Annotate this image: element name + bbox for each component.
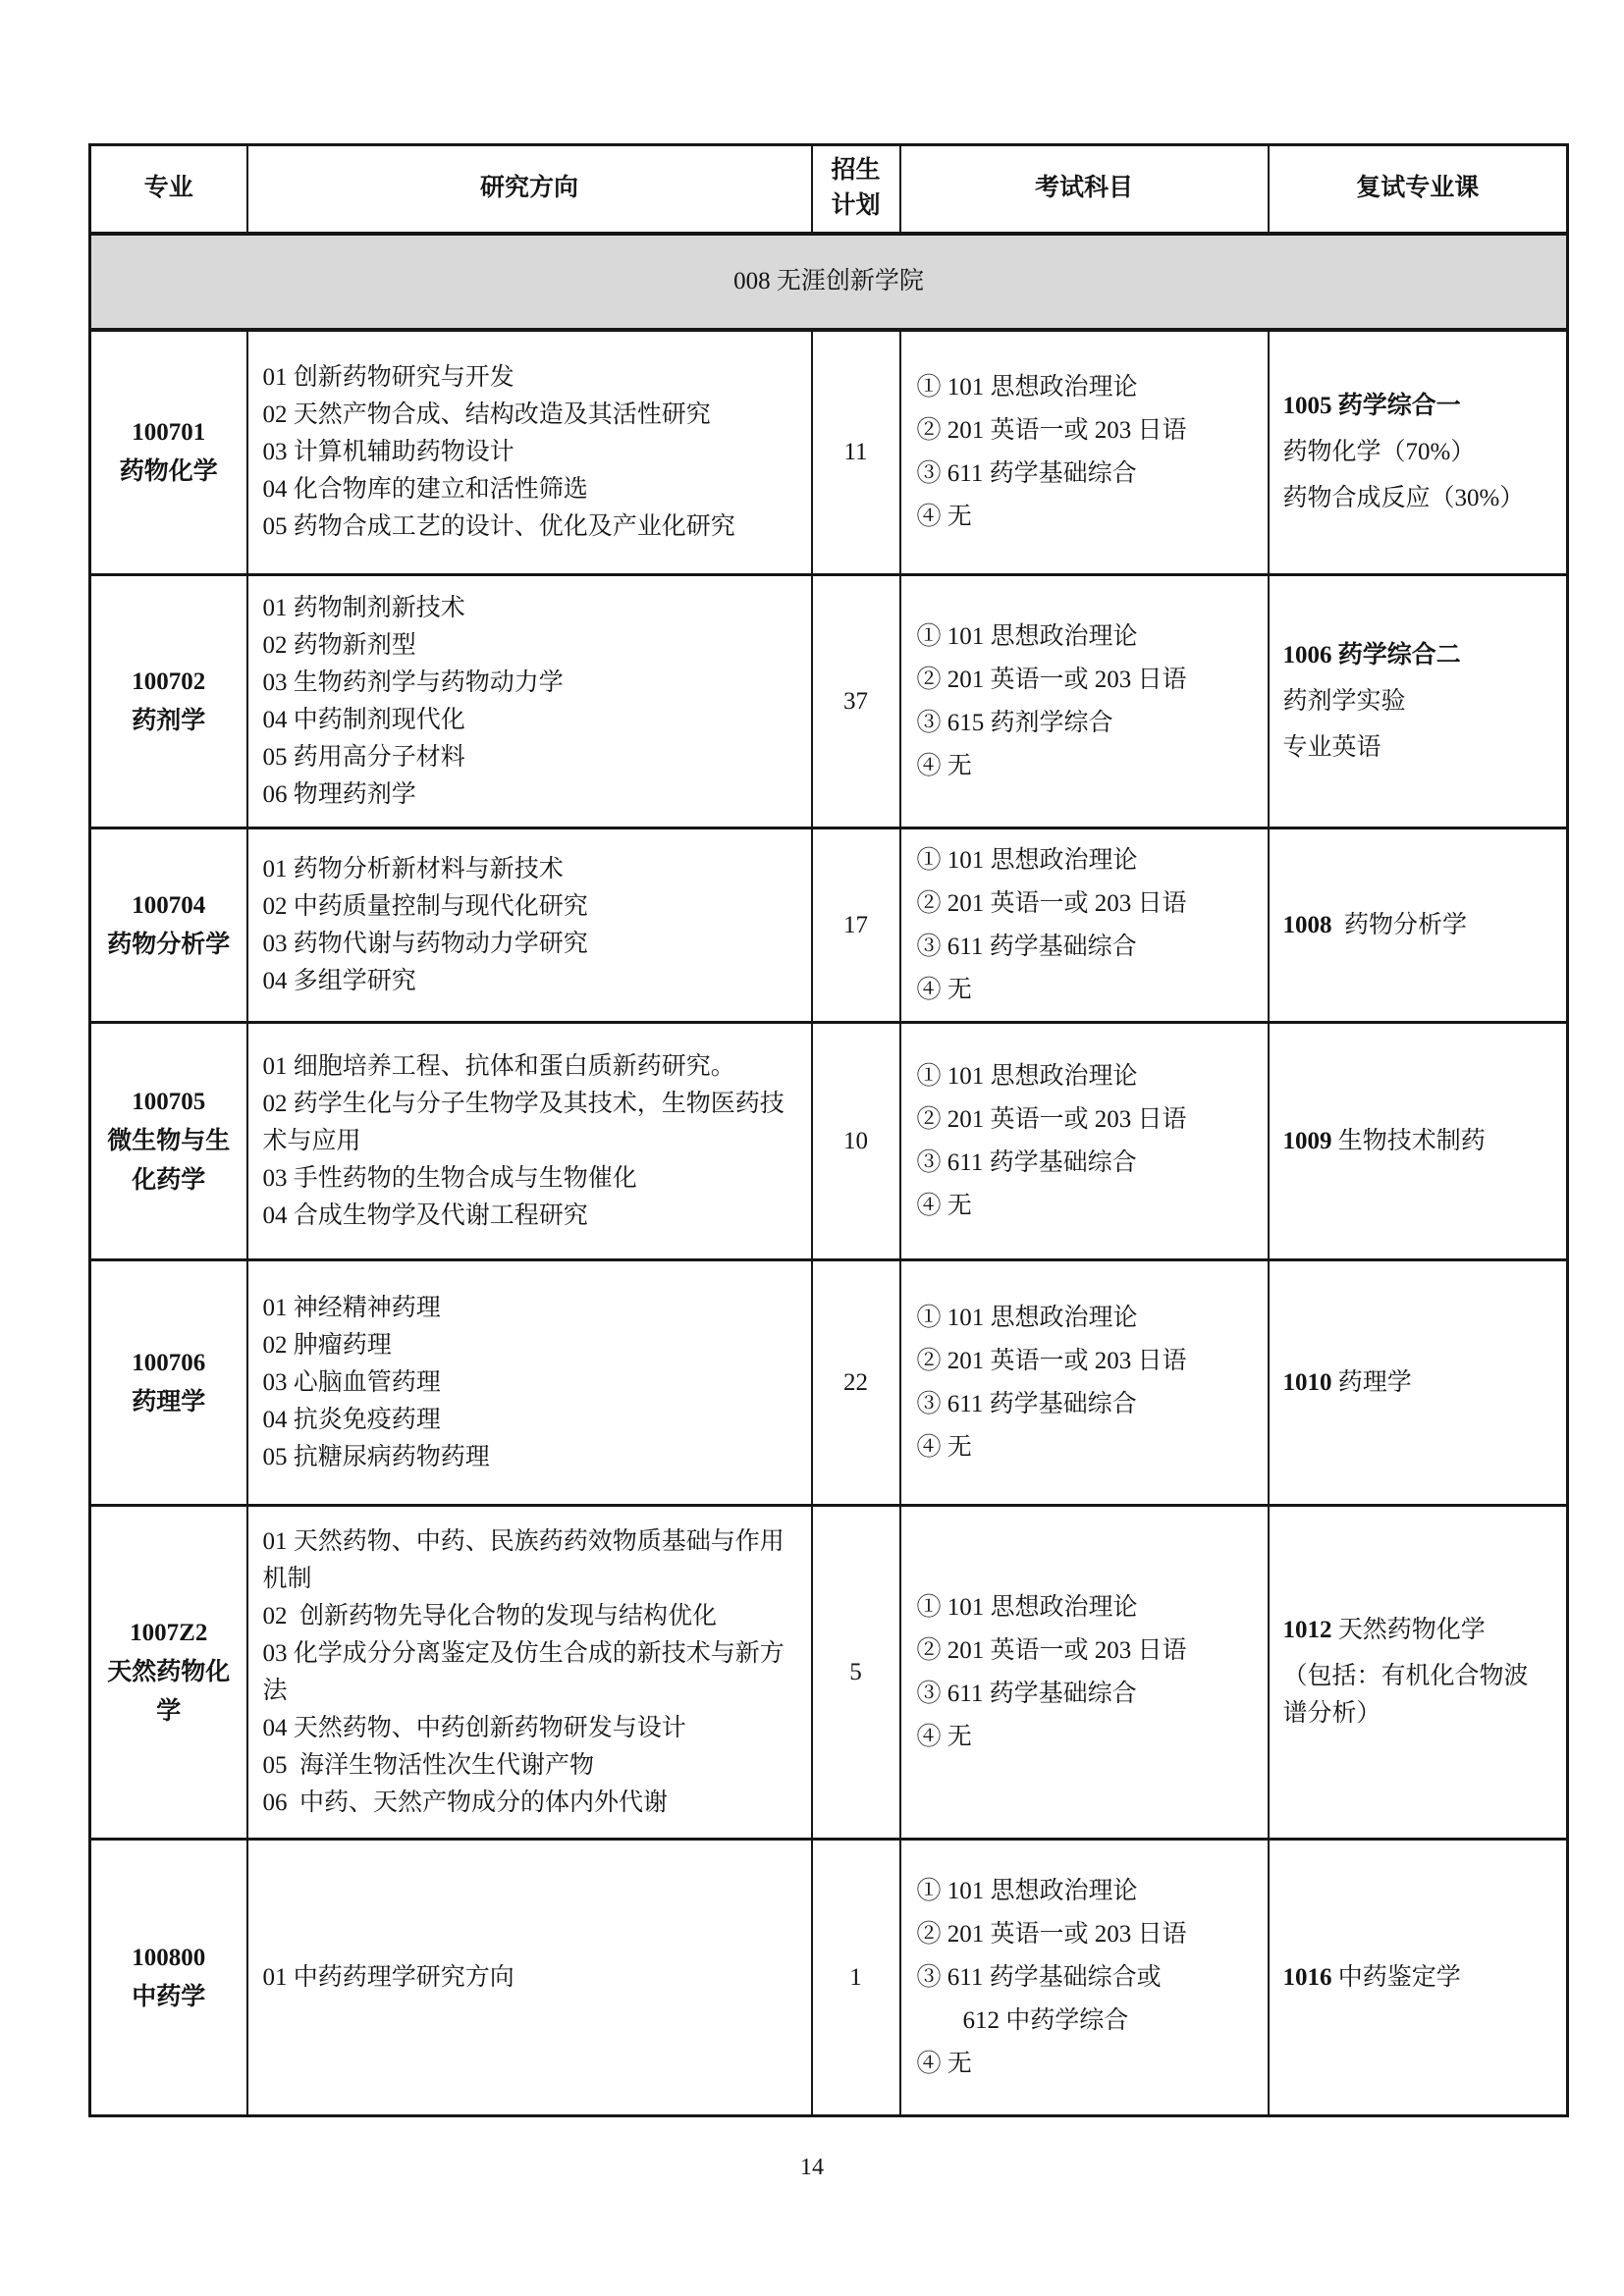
exam-subject-item: ① 101 思想政治理论 bbox=[917, 366, 1252, 409]
table-row: 100705微生物与生化药学01 细胞培养工程、抗体和蛋白质新药研究。02 药学… bbox=[90, 1023, 1568, 1260]
exam-subject-item: ① 101 思想政治理论 bbox=[917, 839, 1252, 882]
exam-subject-item: ④ 无 bbox=[917, 1716, 1252, 1759]
direction-item: 04 多组学研究 bbox=[263, 963, 796, 1000]
retest-cell: 1005 药学综合一药物化学（70%）药物合成反应（30%） bbox=[1269, 330, 1568, 575]
quota-cell: 5 bbox=[812, 1506, 900, 1840]
direction-item: 05 海洋生物活性次生代谢产物 bbox=[263, 1747, 796, 1785]
retest-course-text: （包括：有机化合物波谱分析） bbox=[1283, 1663, 1529, 1727]
retest-cell: 1008 药物分析学 bbox=[1269, 828, 1568, 1023]
direction-item: 04 中药制剂现代化 bbox=[263, 702, 796, 739]
table-row: 100706药理学01 神经精神药理02 肿瘤药理03 心脑血管药理04 抗炎免… bbox=[90, 1260, 1568, 1506]
direction-item: 02 创新药物先导化合物的发现与结构优化 bbox=[263, 1598, 796, 1635]
col-header-retest-course: 复试专业课 bbox=[1269, 145, 1568, 234]
exam-subject-item: ① 101 思想政治理论 bbox=[917, 1055, 1252, 1098]
retest-cell: 1012 天然药物化学（包括：有机化合物波谱分析） bbox=[1269, 1506, 1568, 1840]
retest-cell: 1016 中药鉴定学 bbox=[1269, 1840, 1568, 2116]
exam-subject-item: ④ 无 bbox=[917, 969, 1252, 1012]
quota-cell: 17 bbox=[812, 828, 900, 1023]
exam-subject-item: ③ 611 药学基础综合 bbox=[917, 926, 1252, 969]
exam-subject-item: ③ 611 药学基础综合 bbox=[917, 1383, 1252, 1426]
retest-course-code: 1008 bbox=[1283, 912, 1332, 938]
retest-line: 1005 药学综合一 bbox=[1283, 388, 1553, 425]
directions-cell: 01 中药药理学研究方向 bbox=[247, 1840, 812, 2116]
major-code: 100704 bbox=[104, 886, 234, 926]
direction-item: 02 药物新剂型 bbox=[263, 627, 796, 665]
major-code: 100800 bbox=[104, 1939, 234, 1978]
quota-cell: 22 bbox=[812, 1260, 900, 1506]
major-name: 中药学 bbox=[104, 1978, 234, 2017]
directions-cell: 01 创新药物研究与开发02 天然产物合成、结构改造及其活性研究03 计算机辅助… bbox=[247, 330, 812, 575]
retest-line: 1010 药理学 bbox=[1283, 1364, 1553, 1402]
direction-item: 05 药用高分子材料 bbox=[263, 739, 796, 776]
direction-item: 06 中药、天然产物成分的体内外代谢 bbox=[263, 1785, 796, 1822]
exam-subject-item: ② 201 英语一或 203 日语 bbox=[917, 1913, 1252, 1956]
exam-subject-item: ① 101 思想政治理论 bbox=[917, 1586, 1252, 1629]
major-code: 100706 bbox=[104, 1344, 234, 1383]
admissions-table: 专业 研究方向 招生计划 考试科目 复试专业课 008 无涯创新学院 10070… bbox=[88, 143, 1569, 2117]
retest-line: 1009 生物技术制药 bbox=[1283, 1123, 1553, 1160]
major-cell: 100800中药学 bbox=[90, 1840, 247, 2116]
direction-item: 01 神经精神药理 bbox=[263, 1290, 796, 1327]
exam-subject-item: ③ 615 药剂学综合 bbox=[917, 702, 1252, 745]
direction-item: 03 药物代谢与药物动力学研究 bbox=[263, 926, 796, 963]
table-row: 100704药物分析学01 药物分析新材料与新技术02 中药质量控制与现代化研究… bbox=[90, 828, 1568, 1023]
retest-cell: 1009 生物技术制药 bbox=[1269, 1023, 1568, 1260]
major-name: 药剂学 bbox=[104, 702, 234, 741]
quota-cell: 11 bbox=[812, 330, 900, 575]
direction-item: 04 天然药物、中药创新药物研发与设计 bbox=[263, 1710, 796, 1747]
col-header-enrollment-quota: 招生计划 bbox=[812, 145, 900, 234]
retest-course-code: 1012 bbox=[1283, 1617, 1332, 1643]
major-code: 1007Z2 bbox=[104, 1614, 234, 1653]
retest-line: 1006 药学综合二 bbox=[1283, 637, 1553, 674]
retest-cell: 1006 药学综合二药剂学实验专业英语 bbox=[1269, 575, 1568, 828]
exam-subjects-cell: ① 101 思想政治理论② 201 英语一或 203 日语③ 611 药学基础综… bbox=[900, 1260, 1269, 1506]
retest-course-text: 生物技术制药 bbox=[1332, 1128, 1486, 1154]
exam-subject-item: ④ 无 bbox=[917, 1426, 1252, 1469]
retest-course-text: 天然药物化学 bbox=[1332, 1617, 1486, 1643]
retest-course-text: 药理学 bbox=[1332, 1369, 1412, 1396]
exam-subject-item: ② 201 英语一或 203 日语 bbox=[917, 1629, 1252, 1673]
document-page: 专业 研究方向 招生计划 考试科目 复试专业课 008 无涯创新学院 10070… bbox=[0, 0, 1624, 2296]
exam-subject-item: ② 201 英语一或 203 日语 bbox=[917, 659, 1252, 702]
major-cell: 100701药物化学 bbox=[90, 330, 247, 575]
major-name: 药物分析学 bbox=[104, 926, 234, 965]
major-cell: 100704药物分析学 bbox=[90, 828, 247, 1023]
direction-item: 01 创新药物研究与开发 bbox=[263, 359, 796, 397]
retest-cell: 1010 药理学 bbox=[1269, 1260, 1568, 1506]
direction-item: 02 肿瘤药理 bbox=[263, 1327, 796, 1364]
direction-item: 01 中药药理学研究方向 bbox=[263, 1959, 796, 1997]
direction-item: 01 细胞培养工程、抗体和蛋白质新药研究。 bbox=[263, 1048, 796, 1086]
major-cell: 100702药剂学 bbox=[90, 575, 247, 828]
exam-subject-item: ③ 611 药学基础综合 bbox=[917, 453, 1252, 496]
direction-item: 02 药学生化与分子生物学及其技术，生物医药技术与应用 bbox=[263, 1086, 796, 1160]
direction-item: 04 化合物库的建立和活性筛选 bbox=[263, 471, 796, 508]
retest-line: 专业英语 bbox=[1283, 729, 1553, 767]
exam-subject-item: ④ 无 bbox=[917, 1185, 1252, 1228]
direction-item: 02 中药质量控制与现代化研究 bbox=[263, 888, 796, 926]
exam-subject-item: ② 201 英语一或 203 日语 bbox=[917, 882, 1252, 926]
retest-line: 药物合成反应（30%） bbox=[1283, 480, 1553, 517]
retest-course-text: 药物分析学 bbox=[1332, 912, 1468, 938]
direction-item: 03 生物药剂学与药物动力学 bbox=[263, 665, 796, 702]
direction-item: 02 天然产物合成、结构改造及其活性研究 bbox=[263, 397, 796, 434]
col-header-exam-subjects: 考试科目 bbox=[900, 145, 1269, 234]
exam-subjects-cell: ① 101 思想政治理论② 201 英语一或 203 日语③ 611 药学基础综… bbox=[900, 330, 1269, 575]
table-row: 100702药剂学01 药物制剂新技术02 药物新剂型03 生物药剂学与药物动力… bbox=[90, 575, 1568, 828]
direction-item: 04 合成生物学及代谢工程研究 bbox=[263, 1198, 796, 1235]
exam-subjects-cell: ① 101 思想政治理论② 201 英语一或 203 日语③ 611 药学基础综… bbox=[900, 1506, 1269, 1840]
direction-item: 05 抗糖尿病药物药理 bbox=[263, 1439, 796, 1476]
exam-subjects-cell: ① 101 思想政治理论② 201 英语一或 203 日语③ 611 药学基础综… bbox=[900, 1023, 1269, 1260]
retest-line: 1012 天然药物化学 bbox=[1283, 1612, 1553, 1649]
directions-cell: 01 细胞培养工程、抗体和蛋白质新药研究。02 药学生化与分子生物学及其技术，生… bbox=[247, 1023, 812, 1260]
table-row: 100701药物化学01 创新药物研究与开发02 天然产物合成、结构改造及其活性… bbox=[90, 330, 1568, 575]
retest-course-text: 专业英语 bbox=[1283, 734, 1381, 761]
retest-line: 1016 中药鉴定学 bbox=[1283, 1959, 1553, 1997]
retest-course-code: 1006 药学综合二 bbox=[1283, 642, 1461, 668]
retest-course-text: 药剂学实验 bbox=[1283, 688, 1406, 715]
table-header-row: 专业 研究方向 招生计划 考试科目 复试专业课 bbox=[90, 145, 1568, 234]
retest-course-code: 1009 bbox=[1283, 1128, 1332, 1154]
directions-cell: 01 天然药物、中药、民族药药效物质基础与作用机制02 创新药物先导化合物的发现… bbox=[247, 1506, 812, 1840]
major-name: 药物化学 bbox=[104, 453, 234, 492]
direction-item: 03 化学成分分离鉴定及仿生合成的新技术与新方法 bbox=[263, 1635, 796, 1710]
exam-subject-item: ② 201 英语一或 203 日语 bbox=[917, 1098, 1252, 1142]
table-body: 100701药物化学01 创新药物研究与开发02 天然产物合成、结构改造及其活性… bbox=[90, 330, 1568, 2116]
table-row: 100800中药学01 中药药理学研究方向1① 101 思想政治理论② 201 … bbox=[90, 1840, 1568, 2116]
directions-cell: 01 药物分析新材料与新技术02 中药质量控制与现代化研究03 药物代谢与药物动… bbox=[247, 828, 812, 1023]
direction-item: 03 计算机辅助药物设计 bbox=[263, 434, 796, 471]
exam-subjects-cell: ① 101 思想政治理论② 201 英语一或 203 日语③ 611 药学基础综… bbox=[900, 1840, 1269, 2116]
directions-cell: 01 药物制剂新技术02 药物新剂型03 生物药剂学与药物动力学04 中药制剂现… bbox=[247, 575, 812, 828]
retest-line: 1008 药物分析学 bbox=[1283, 907, 1553, 944]
quota-cell: 1 bbox=[812, 1840, 900, 2116]
exam-subjects-cell: ① 101 思想政治理论② 201 英语一或 203 日语③ 615 药剂学综合… bbox=[900, 575, 1269, 828]
exam-subject-item: ③ 611 药学基础综合或 bbox=[917, 1956, 1252, 2000]
major-name: 药理学 bbox=[104, 1383, 234, 1422]
exam-subject-item: 612 中药学综合 bbox=[917, 2000, 1252, 2043]
major-cell: 1007Z2天然药物化学 bbox=[90, 1506, 247, 1840]
exam-subjects-cell: ① 101 思想政治理论② 201 英语一或 203 日语③ 611 药学基础综… bbox=[900, 828, 1269, 1023]
retest-course-code: 1016 bbox=[1283, 1964, 1332, 1991]
retest-line: 药物化学（70%） bbox=[1283, 434, 1553, 471]
major-name: 微生物与生化药学 bbox=[104, 1122, 234, 1201]
quota-cell: 37 bbox=[812, 575, 900, 828]
direction-item: 03 手性药物的生物合成与生物催化 bbox=[263, 1160, 796, 1198]
section-banner-row: 008 无涯创新学院 bbox=[90, 234, 1568, 330]
retest-course-code: 1010 bbox=[1283, 1369, 1332, 1396]
exam-subject-item: ① 101 思想政治理论 bbox=[917, 1870, 1252, 1913]
directions-cell: 01 神经精神药理02 肿瘤药理03 心脑血管药理04 抗炎免疫药理05 抗糖尿… bbox=[247, 1260, 812, 1506]
major-cell: 100706药理学 bbox=[90, 1260, 247, 1506]
major-cell: 100705微生物与生化药学 bbox=[90, 1023, 247, 1260]
major-name: 天然药物化学 bbox=[104, 1653, 234, 1732]
exam-subject-item: ② 201 英语一或 203 日语 bbox=[917, 1340, 1252, 1383]
direction-item: 05 药物合成工艺的设计、优化及产业化研究 bbox=[263, 508, 796, 546]
col-header-research-directions: 研究方向 bbox=[247, 145, 812, 234]
section-banner: 008 无涯创新学院 bbox=[90, 234, 1568, 330]
retest-course-text: 药物化学（70%） bbox=[1283, 439, 1476, 465]
exam-subject-item: ② 201 英语一或 203 日语 bbox=[917, 409, 1252, 453]
retest-line: 药剂学实验 bbox=[1283, 683, 1553, 721]
direction-item: 06 物理药剂学 bbox=[263, 776, 796, 814]
direction-item: 04 抗炎免疫药理 bbox=[263, 1402, 796, 1439]
major-code: 100705 bbox=[104, 1083, 234, 1122]
col-header-major: 专业 bbox=[90, 145, 247, 234]
table-row: 1007Z2天然药物化学01 天然药物、中药、民族药药效物质基础与作用机制02 … bbox=[90, 1506, 1568, 1840]
retest-course-text: 中药鉴定学 bbox=[1332, 1964, 1461, 1991]
exam-subject-item: ④ 无 bbox=[917, 745, 1252, 788]
retest-course-text: 药物合成反应（30%） bbox=[1283, 485, 1525, 511]
retest-course-code: 1005 药学综合一 bbox=[1283, 393, 1461, 419]
exam-subject-item: ④ 无 bbox=[917, 2043, 1252, 2086]
exam-subject-item: ① 101 思想政治理论 bbox=[917, 1297, 1252, 1340]
direction-item: 01 药物分析新材料与新技术 bbox=[263, 851, 796, 888]
exam-subject-item: ④ 无 bbox=[917, 496, 1252, 539]
direction-item: 01 药物制剂新技术 bbox=[263, 590, 796, 627]
page-number: 14 bbox=[0, 2155, 1624, 2181]
exam-subject-item: ① 101 思想政治理论 bbox=[917, 615, 1252, 659]
quota-cell: 10 bbox=[812, 1023, 900, 1260]
exam-subject-item: ③ 611 药学基础综合 bbox=[917, 1673, 1252, 1716]
direction-item: 01 天然药物、中药、民族药药效物质基础与作用机制 bbox=[263, 1523, 796, 1598]
retest-line: （包括：有机化合物波谱分析） bbox=[1283, 1658, 1553, 1733]
exam-subject-item: ③ 611 药学基础综合 bbox=[917, 1142, 1252, 1185]
major-code: 100701 bbox=[104, 413, 234, 453]
major-code: 100702 bbox=[104, 663, 234, 702]
direction-item: 03 心脑血管药理 bbox=[263, 1364, 796, 1402]
